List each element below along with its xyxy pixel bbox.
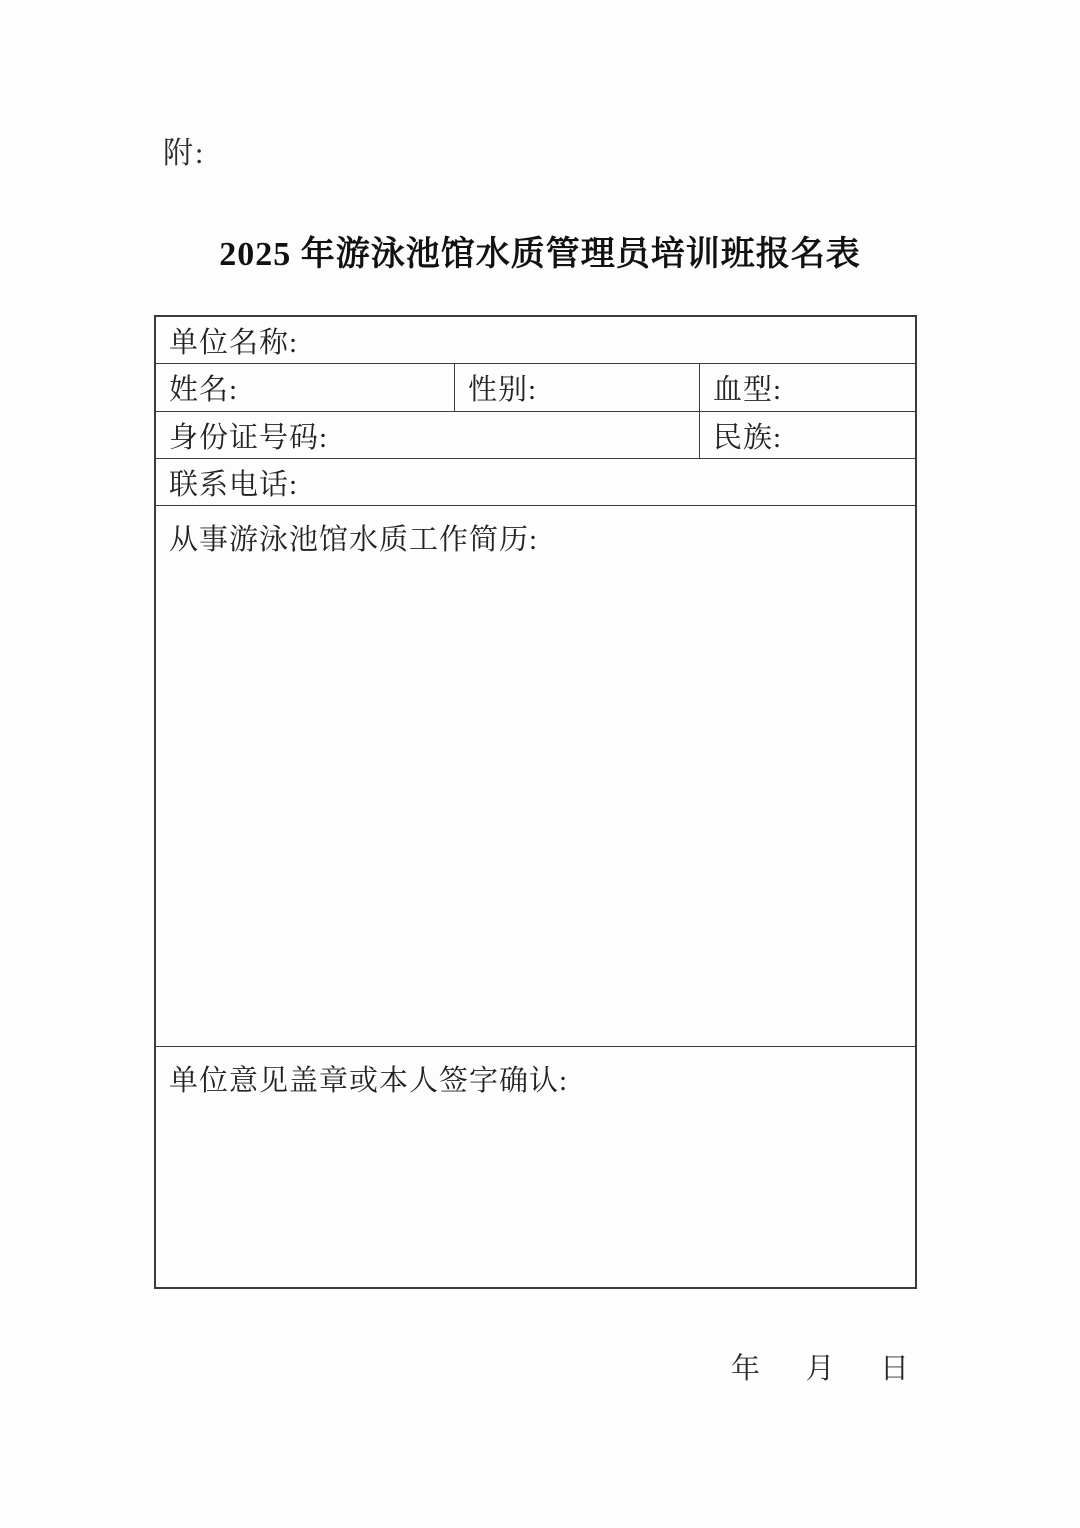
id-number-cell: 身份证号码: (156, 412, 700, 458)
gender-label: 性别: (468, 367, 537, 408)
confirmation-cell: 单位意见盖章或本人签字确认: (156, 1047, 915, 1287)
id-number-label: 身份证号码: (169, 415, 328, 456)
ethnicity-cell: 民族: (700, 412, 915, 458)
name-cell: 姓名: (156, 364, 455, 411)
registration-table: 单位名称: 姓名: 性别: 血型: 身份证号码: 民族: 联系电话: (154, 315, 917, 1289)
page-title: 2025 年游泳池馆水质管理员培训班报名表 (0, 226, 1080, 275)
ethnicity-label: 民族: (713, 415, 782, 456)
phone-label: 联系电话: (169, 462, 298, 503)
blood-type-cell: 血型: (700, 364, 915, 411)
work-history-cell: 从事游泳池馆水质工作简历: (156, 506, 915, 1046)
id-ethnicity-row: 身份证号码: 民族: (156, 412, 915, 459)
date-line: 年 月 日 (731, 1346, 909, 1387)
blood-type-label: 血型: (713, 367, 782, 408)
gender-cell: 性别: (455, 364, 700, 411)
name-gender-blood-row: 姓名: 性别: 血型: (156, 364, 915, 412)
unit-name-cell: 单位名称: (156, 317, 915, 363)
phone-row: 联系电话: (156, 459, 915, 506)
scanned-form-page: 附: 2025 年游泳池馆水质管理员培训班报名表 单位名称: 姓名: 性别: 血… (0, 0, 1080, 1528)
unit-name-row: 单位名称: (156, 317, 915, 364)
date-day-label: 日 (880, 1346, 909, 1387)
phone-cell: 联系电话: (156, 459, 915, 505)
unit-name-label: 单位名称: (169, 320, 298, 361)
confirmation-row: 单位意见盖章或本人签字确认: (156, 1047, 915, 1287)
work-history-label: 从事游泳池馆水质工作简历: (169, 517, 538, 558)
name-label: 姓名: (169, 367, 238, 408)
date-year-label: 年 (731, 1346, 760, 1387)
work-history-row: 从事游泳池馆水质工作简历: (156, 506, 915, 1047)
attachment-label: 附: (163, 128, 205, 172)
confirmation-label: 单位意见盖章或本人签字确认: (169, 1058, 568, 1099)
date-month-label: 月 (805, 1346, 834, 1387)
